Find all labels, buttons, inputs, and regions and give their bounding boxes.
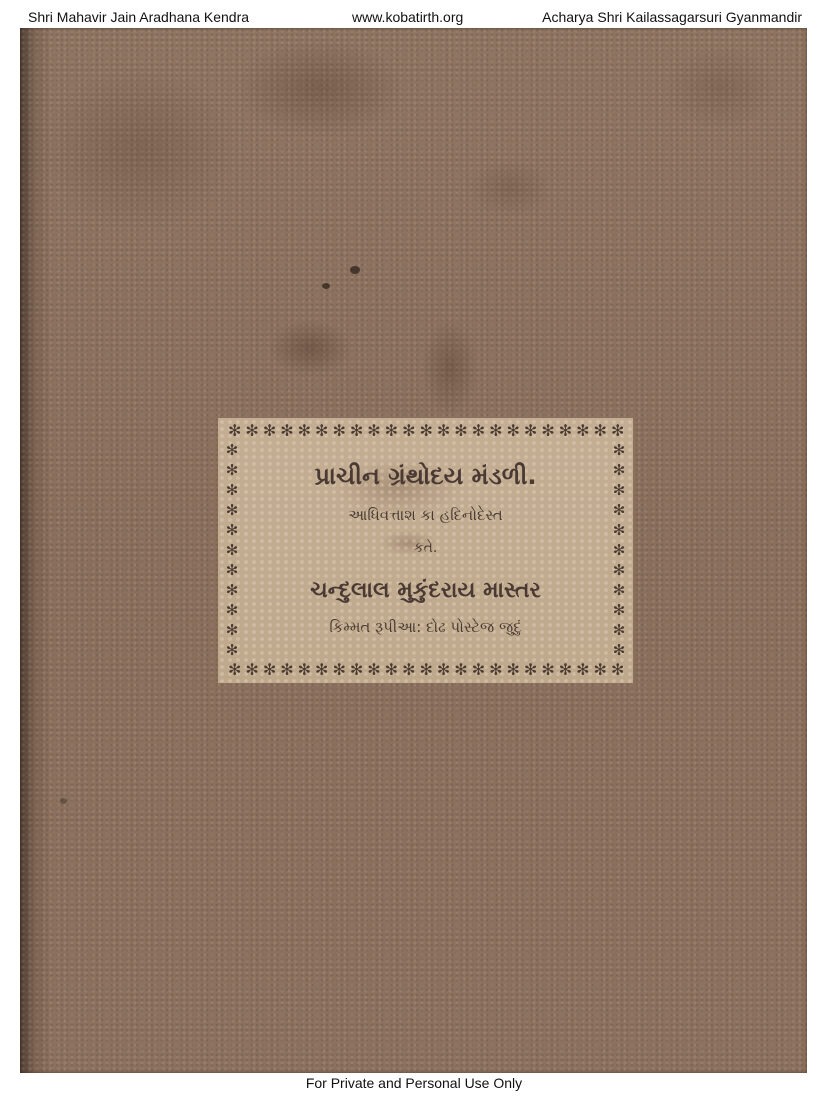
cover-blemish — [350, 266, 360, 274]
header-website-link[interactable]: www.kobatirth.org — [352, 9, 463, 25]
header-right-text: Acharya Shri Kailassagarsuri Gyanmandir — [542, 9, 802, 25]
book-cover-image: ✻✻✻✻✻✻✻✻✻✻✻✻✻✻✻✻✻✻✻✻✻✻✻✻✻✻✻✻✻✻ ✻✻✻✻✻✻✻✻✻… — [20, 28, 807, 1073]
cover-blemish — [322, 283, 330, 289]
label-by: કતે. — [218, 540, 633, 556]
label-subtitle: આધિવત્તાશ કા હદિનોદેસ્ત — [218, 506, 633, 524]
label-author: ચન્દુલાલ મુકુંદરાય માસ્તર — [218, 578, 633, 603]
label-price: કિમ્મત રૂપીઆ: દોઢ પોસ્ટેજ જુદું — [218, 618, 633, 636]
cover-blemish — [60, 798, 67, 804]
cover-title-label: ✻✻✻✻✻✻✻✻✻✻✻✻✻✻✻✻✻✻✻✻✻✻✻✻✻✻✻✻✻✻ ✻✻✻✻✻✻✻✻✻… — [218, 418, 633, 683]
header-left-text: Shri Mahavir Jain Aradhana Kendra — [28, 9, 249, 25]
footer-text: For Private and Personal Use Only — [0, 1075, 828, 1091]
label-title: પ્રાચીન ગ્રંથોદય મંડળી. — [218, 462, 633, 490]
label-border-top: ✻✻✻✻✻✻✻✻✻✻✻✻✻✻✻✻✻✻✻✻✻✻✻✻✻✻✻✻✻✻ — [228, 422, 623, 440]
label-border-bottom: ✻✻✻✻✻✻✻✻✻✻✻✻✻✻✻✻✻✻✻✻✻✻✻✻✻✻✻✻✻✻ — [228, 661, 623, 679]
